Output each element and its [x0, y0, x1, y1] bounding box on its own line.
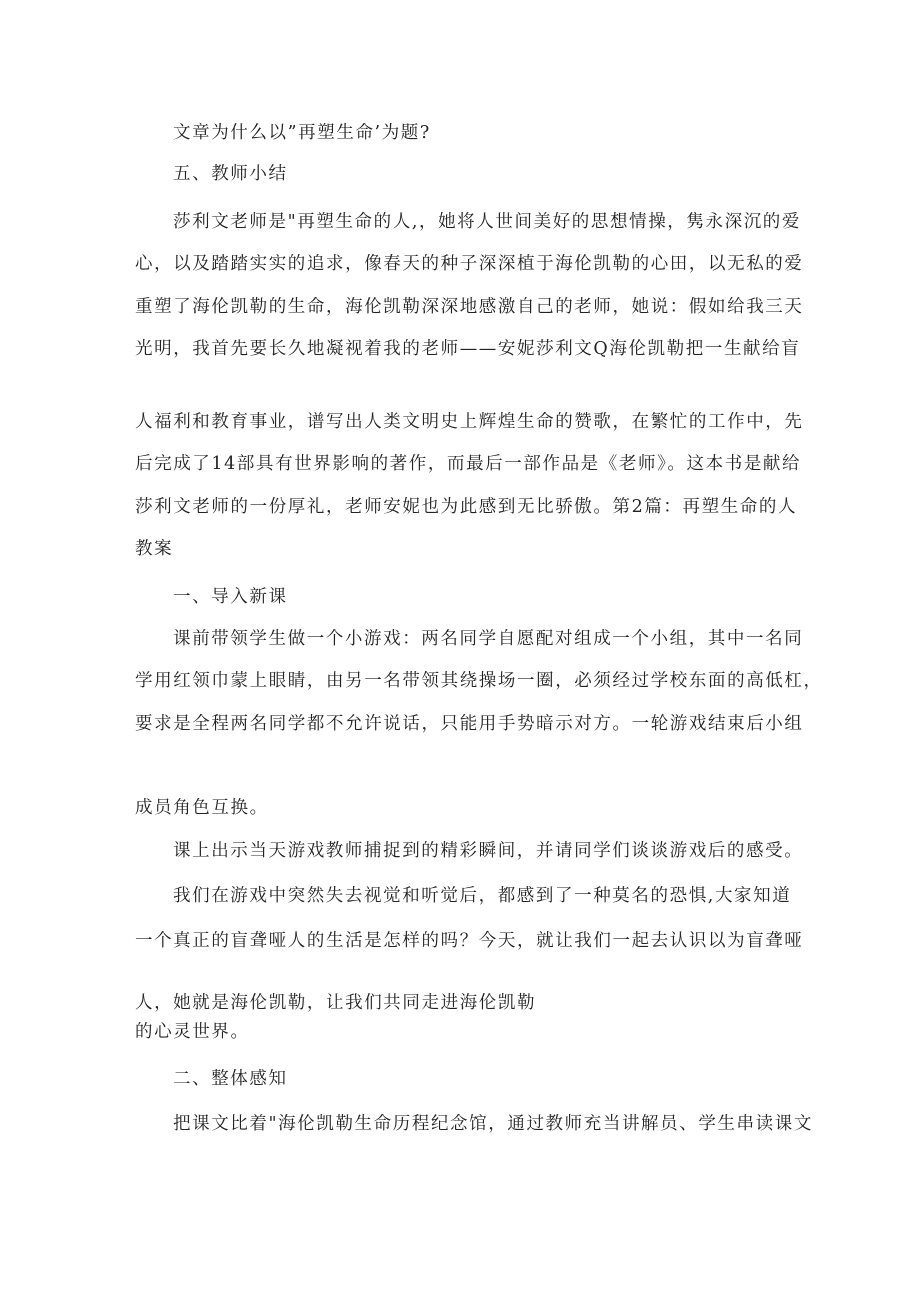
paragraph-line: 心，以及踏踏实实的追求，像春天的种子深深植于海伦凯勒的心田，以无私的爱: [135, 253, 804, 275]
paragraph-line: 学用红领巾蒙上眼睛，由另一名带领其绕操场一圈，必须经过学校东面的高低杠，: [135, 670, 823, 692]
paragraph-line-indented: 课前带领学生做一个小游戏：两名同学自愿配对组成一个小组，其中一名同: [173, 628, 803, 650]
paragraph-line-indented: 五、教师小结: [173, 163, 288, 185]
paragraph-line-indented: 课上出示当天游戏教师捕捉到的精彩瞬间，并请同学们谈谈游戏后的感受。: [173, 840, 803, 862]
paragraph-line-indented: 把课文比着"海伦凯勒生命历程纪念馆，通过教师充当讲解员、学生串读课文: [173, 1113, 813, 1135]
paragraph-line: 莎利文老师的一份厚礼，老师安妮也为此感到无比骄傲。第2篇：再塑生命的人: [135, 496, 797, 518]
paragraph-line-indented: 一、导入新课: [173, 586, 288, 608]
paragraph-line-indented: 二、整体感知: [173, 1068, 288, 1090]
paragraph-line: 的心灵世界。: [135, 1021, 250, 1043]
paragraph-line-indented: 文章为什么以”再塑生命’为题?: [173, 122, 431, 144]
paragraph-line: 人，她就是海伦凯勒，让我们共同走进海伦凯勒: [135, 992, 536, 1014]
paragraph-line: 人福利和教育事业，谱写出人类文明史上辉煌生命的赞歌，在繁忙的工作中，先: [135, 411, 804, 433]
paragraph-line: 光明，我首先要长久地凝视着我的老师——安妮莎利文Q海伦凯勒把一生献给盲: [135, 338, 800, 360]
document-page: 文章为什么以”再塑生命’为题?五、教师小结莎利文老师是"再塑生命的人,，她将人世…: [0, 0, 920, 1301]
paragraph-line: 一个真正的盲聋哑人的生活是怎样的吗？今天，就让我们一起去认识以为盲聋哑: [135, 930, 804, 952]
paragraph-line-indented: 我们在游戏中突然失去视觉和听觉后，都感到了一种莫名的恐惧,大家知道: [173, 885, 791, 907]
paragraph-line: 成员角色互换。: [135, 797, 269, 819]
paragraph-line: 要求是全程两名同学都不允许说话，只能用手势暗示对方。一轮游戏结束后小组: [135, 713, 804, 735]
paragraph-line: 重塑了海伦凯勒的生命，海伦凯勒深深地感激自己的老师，她说：假如给我三天: [135, 296, 804, 318]
paragraph-line: 后完成了14部具有世界影响的著作，而最后一部作品是《老师》。这本书是献给: [135, 453, 801, 475]
paragraph-line: 教案: [135, 538, 173, 560]
paragraph-line-indented: 莎利文老师是"再塑生命的人,，她将人世间美好的思想情操，隽永深沉的爱: [173, 211, 801, 233]
